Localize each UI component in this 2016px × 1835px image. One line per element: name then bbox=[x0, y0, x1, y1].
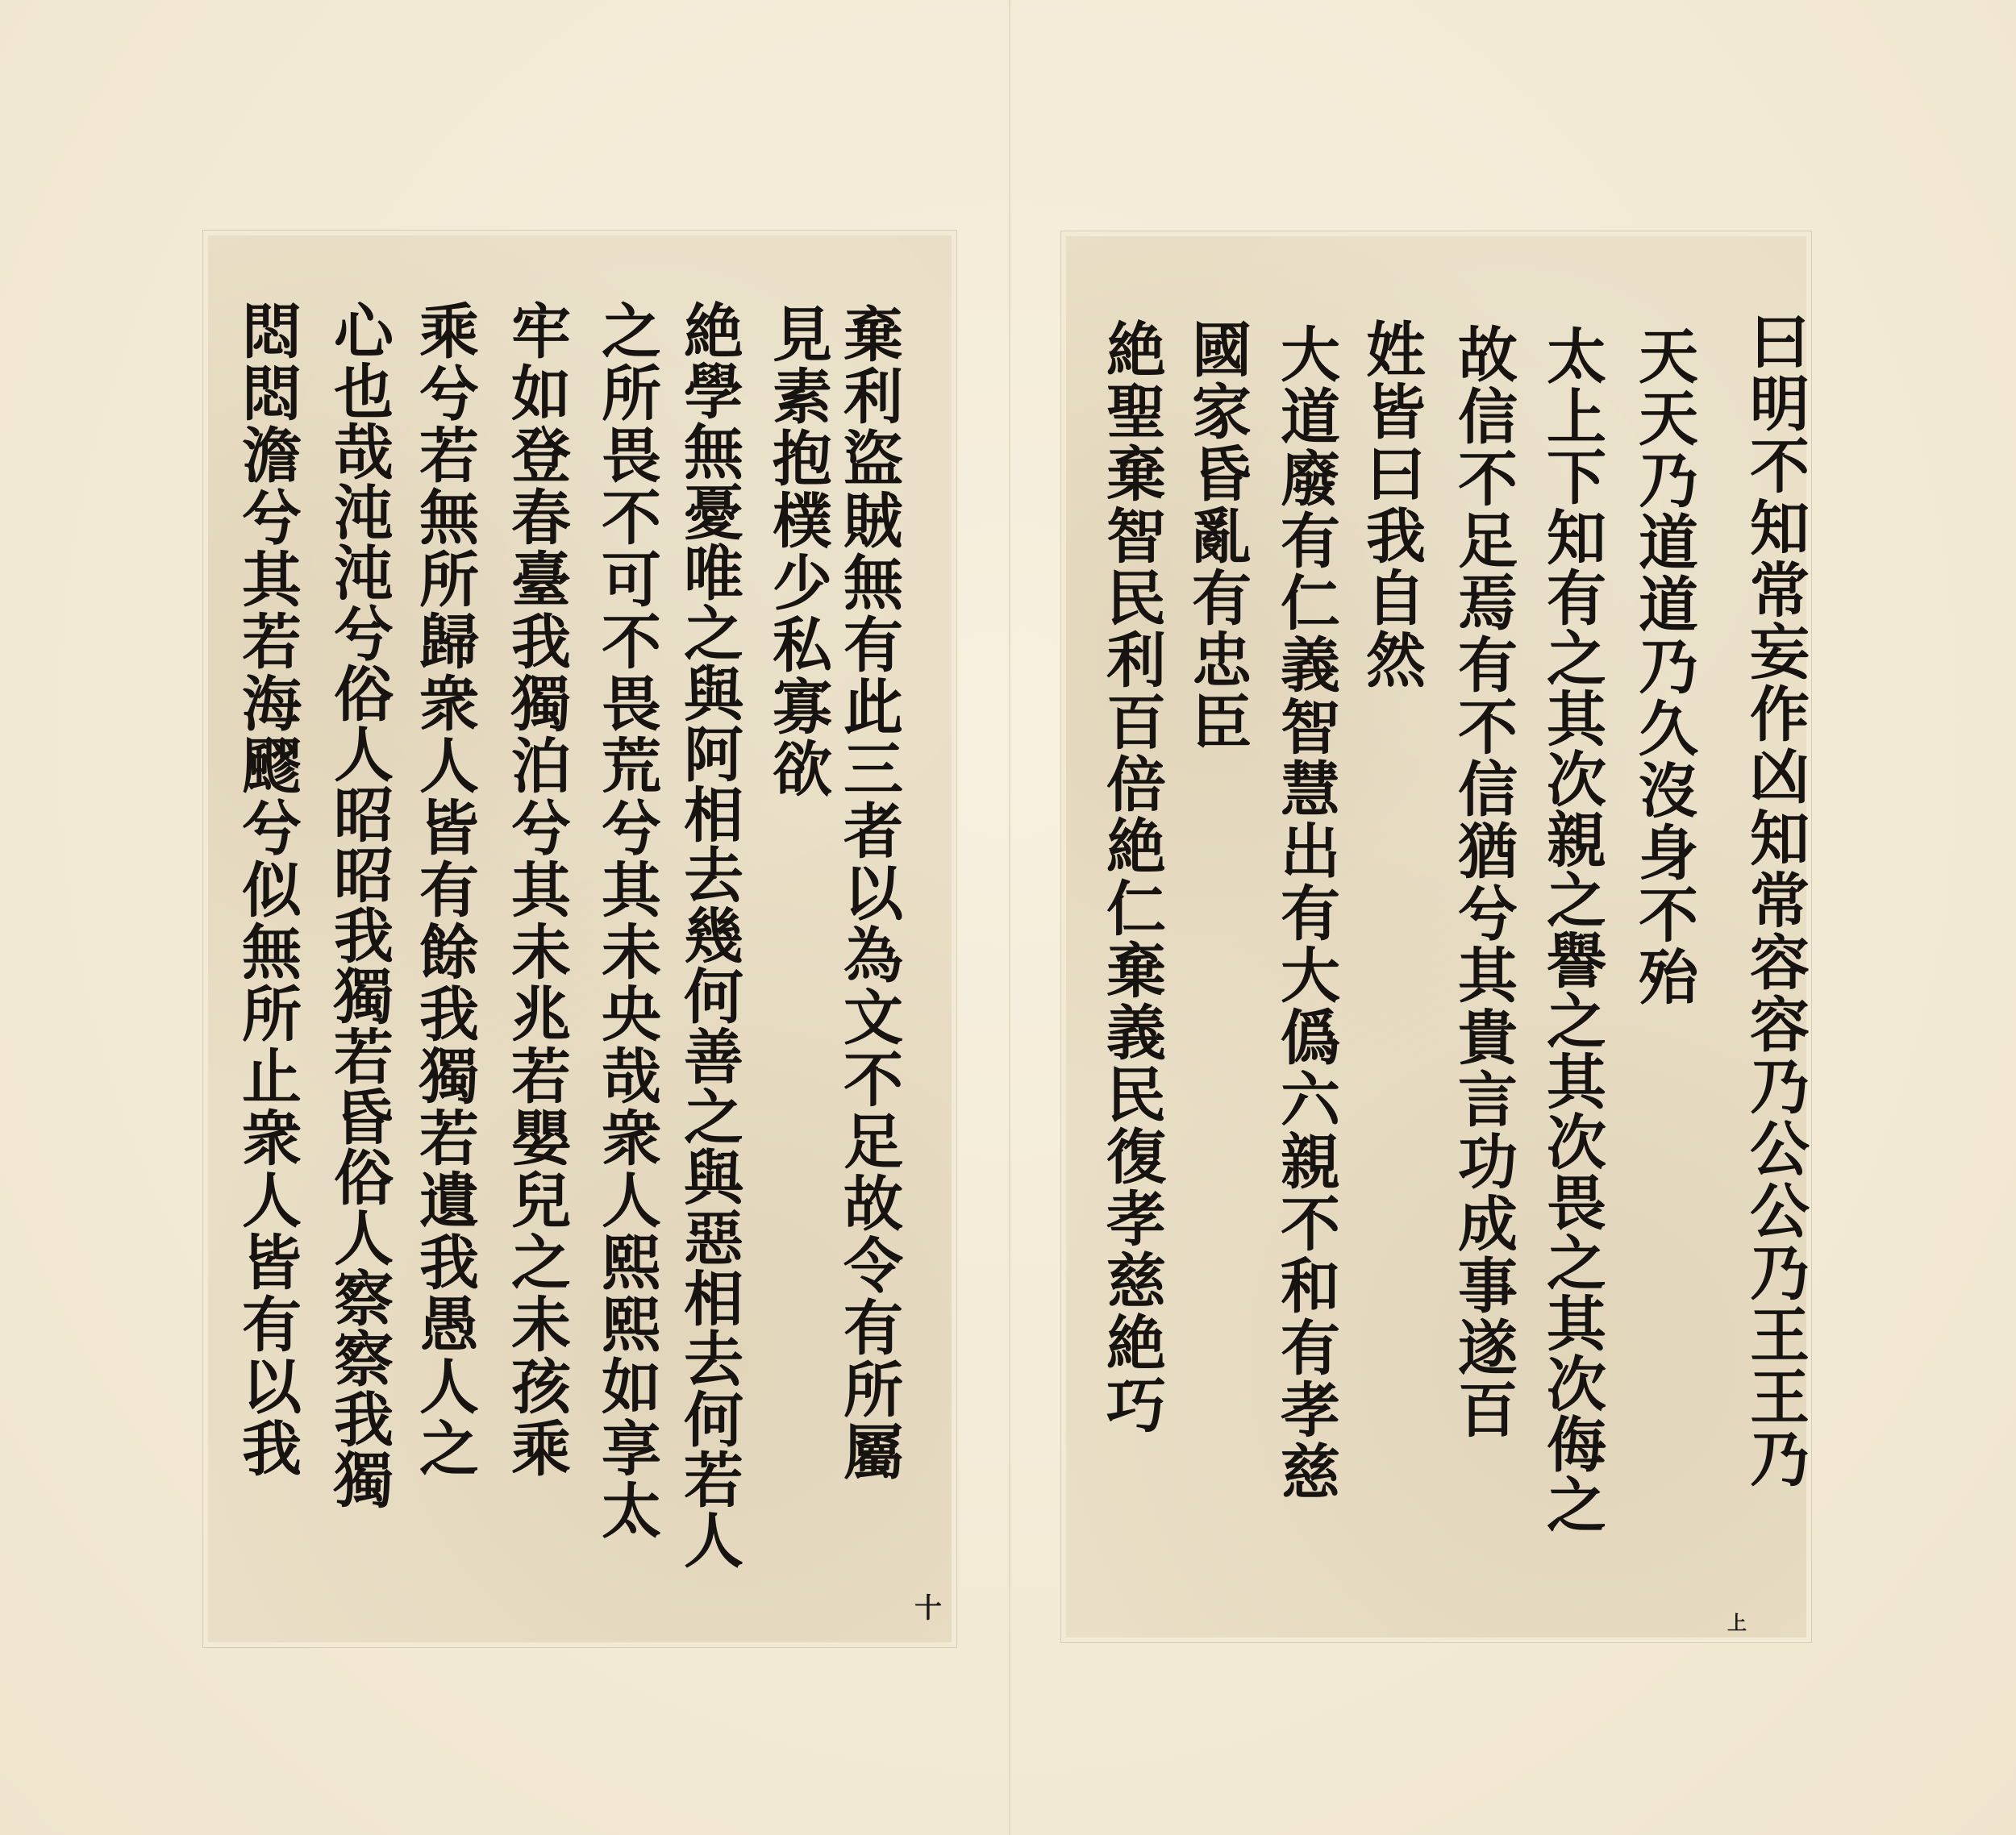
album-fold-line bbox=[1009, 0, 1010, 1835]
text-column: 悶悶澹兮其若海飂兮似無所止衆人皆有以我 bbox=[237, 300, 297, 1479]
text-column: 棄利盜賊無有此三者以為文不足故令有所屬 bbox=[839, 303, 898, 1483]
corner-mark: 上 bbox=[1727, 1607, 1747, 1635]
text-column: 太上下知有之其次親之譽之其次畏之其次侮之 bbox=[1542, 325, 1602, 1534]
text-column: 天天乃道道乃久沒身不殆 bbox=[1634, 325, 1693, 1008]
right-calligraphy-page: 曰明不知常妄作凶知常容容乃公公乃王王乃 天天乃道道乃久沒身不殆 太上下知有之其次… bbox=[1066, 236, 1806, 1637]
text-column: 絶聖棄智民利百倍絶仁棄義民復孝慈絶巧 bbox=[1102, 318, 1161, 1436]
text-column: 牢如登春臺我獨泊兮其未兆若嬰兒之未孩乘 bbox=[506, 300, 566, 1479]
text-column: 曰明不知常妄作凶知常容容乃公公乃王王乃 bbox=[1745, 310, 1805, 1490]
text-column: 姓皆曰我自然 bbox=[1361, 318, 1421, 691]
left-calligraphy-page: 棄利盜賊無有此三者以為文不足故令有所屬 見素抱樸少私寡欲 絶學無憂唯之與阿相去幾… bbox=[208, 235, 952, 1642]
text-column: 心也哉沌沌兮俗人昭昭我獨若昏俗人察察我獨 bbox=[329, 300, 389, 1509]
page-number-mark: 十 bbox=[914, 1586, 942, 1625]
text-column: 見素抱樸少私寡欲 bbox=[768, 303, 827, 800]
text-column: 故信不足焉有不信猶兮其貴言功成事遂百 bbox=[1453, 323, 1513, 1441]
text-column: 大道廢有仁義智慧出有大僞六親不和有孝慈 bbox=[1276, 323, 1335, 1503]
text-column: 國家昏亂有忠臣 bbox=[1187, 318, 1247, 753]
text-column: 絶學無憂唯之與阿相去幾何善之與惡相去何若人 bbox=[679, 300, 739, 1570]
text-column: 乘兮若無所歸衆人皆有餘我獨若遺我愚人之 bbox=[414, 300, 474, 1479]
text-column: 之所畏不可不畏荒兮其未央哉衆人熙熙如享太 bbox=[597, 300, 656, 1542]
